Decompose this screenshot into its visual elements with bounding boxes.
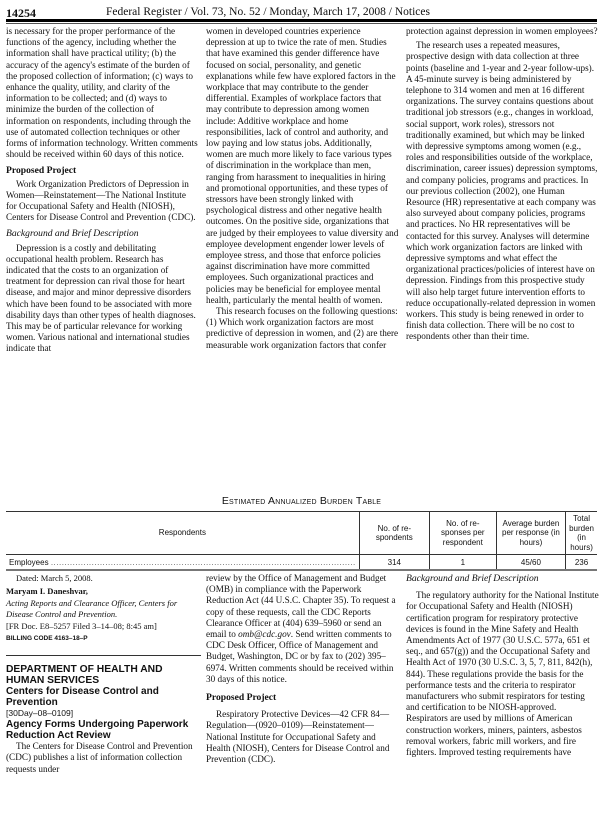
cell-responses-per: 1 [429, 555, 496, 571]
signer-name: Maryam I. Daneshvar, [6, 586, 198, 597]
section-divider [6, 655, 201, 656]
col-header-avg-burden: Average burden per response (in hours) [496, 512, 565, 555]
leader-dots: ........................................… [51, 558, 356, 567]
cell-total-burden: 236 [566, 555, 597, 571]
cell-avg-burden: 45/60 [496, 555, 565, 571]
background-text-2: The regulatory authority for the Nationa… [406, 590, 599, 758]
cell-num-respondents: 314 [359, 555, 429, 571]
agency-heading: Centers for Disease Control and Preventi… [6, 686, 198, 708]
page-header: 14254 Federal Register / Vol. 73, No. 52… [6, 4, 597, 20]
background-heading-2: Background and Brief Description [406, 573, 599, 584]
lower-column-3: Background and Brief Description The reg… [406, 573, 599, 758]
research-design-text: The research uses a repeated measures, p… [406, 40, 599, 342]
comment-solicitation-text: is necessary for the proper performance … [6, 26, 198, 160]
proposed-project-text: Work Organization Predictors of Depressi… [6, 179, 198, 224]
proposed-project-text-2: Respiratory Protective Devices—42 CFR 84… [206, 709, 399, 765]
cell-respondents: Employees ..............................… [6, 555, 359, 571]
upper-column-1: is necessary for the proper performance … [6, 26, 198, 355]
burden-table: Respondents No. of re-spondents No. of r… [6, 511, 597, 571]
dated-line: Dated: March 5, 2008. [6, 573, 198, 584]
signer-title: Acting Reports and Clearance Officer, Ce… [6, 598, 198, 619]
col-header-respondents: Respondents [6, 512, 359, 555]
research-questions-text: This research focuses on the following q… [206, 306, 399, 351]
proposed-project-heading: Proposed Project [6, 165, 198, 176]
col-header-total-burden: Total burden (in hours) [566, 512, 597, 555]
table-header-row: Respondents No. of re-spondents No. of r… [6, 512, 597, 555]
docket-number: [30Day–08–0109] [6, 708, 198, 719]
table-row: Employees ..............................… [6, 555, 597, 571]
intro-text: The Centers for Disease Control and Prev… [6, 741, 198, 775]
proposed-project-heading-2: Proposed Project [206, 692, 399, 703]
fr-doc-line: [FR Doc. E8–5257 Filed 3–14–08; 8:45 am] [6, 621, 198, 632]
omb-review-text: review by the Office of Management and B… [206, 573, 399, 685]
col-header-responses-per: No. of re-sponses per respondent [429, 512, 496, 555]
email-link[interactable]: omb@cdc.gov [238, 629, 291, 639]
signature-block: Dated: March 5, 2008. Maryam I. Daneshva… [6, 573, 198, 645]
department-heading: DEPARTMENT OF HEALTH AND HUMAN SERVICES [6, 664, 198, 686]
header-rule [6, 19, 597, 22]
upper-column-3: protection against depression in women e… [406, 26, 599, 343]
background-text: Depression is a costly and debilitating … [6, 243, 198, 355]
background-heading: Background and Brief Description [6, 228, 198, 239]
table-title: Estimated Annualized Burden Table [6, 495, 597, 507]
lower-column-2: review by the Office of Management and B… [206, 573, 399, 765]
background-continued-text: women in developed countries experience … [206, 26, 399, 306]
running-title: Federal Register / Vol. 73, No. 52 / Mon… [106, 6, 430, 18]
billing-code: BILLING CODE 4163–18–P [6, 634, 198, 645]
header-rule-thin [6, 23, 597, 24]
new-notice-column-1: DEPARTMENT OF HEALTH AND HUMAN SERVICES … [6, 664, 198, 775]
col-header-num-respondents: No. of re-spondents [359, 512, 429, 555]
subject-heading: Agency Forms Undergoing Paperwork Reduct… [6, 719, 198, 741]
upper-column-2: women in developed countries experience … [206, 26, 399, 351]
research-questions-continued: protection against depression in women e… [406, 26, 599, 37]
